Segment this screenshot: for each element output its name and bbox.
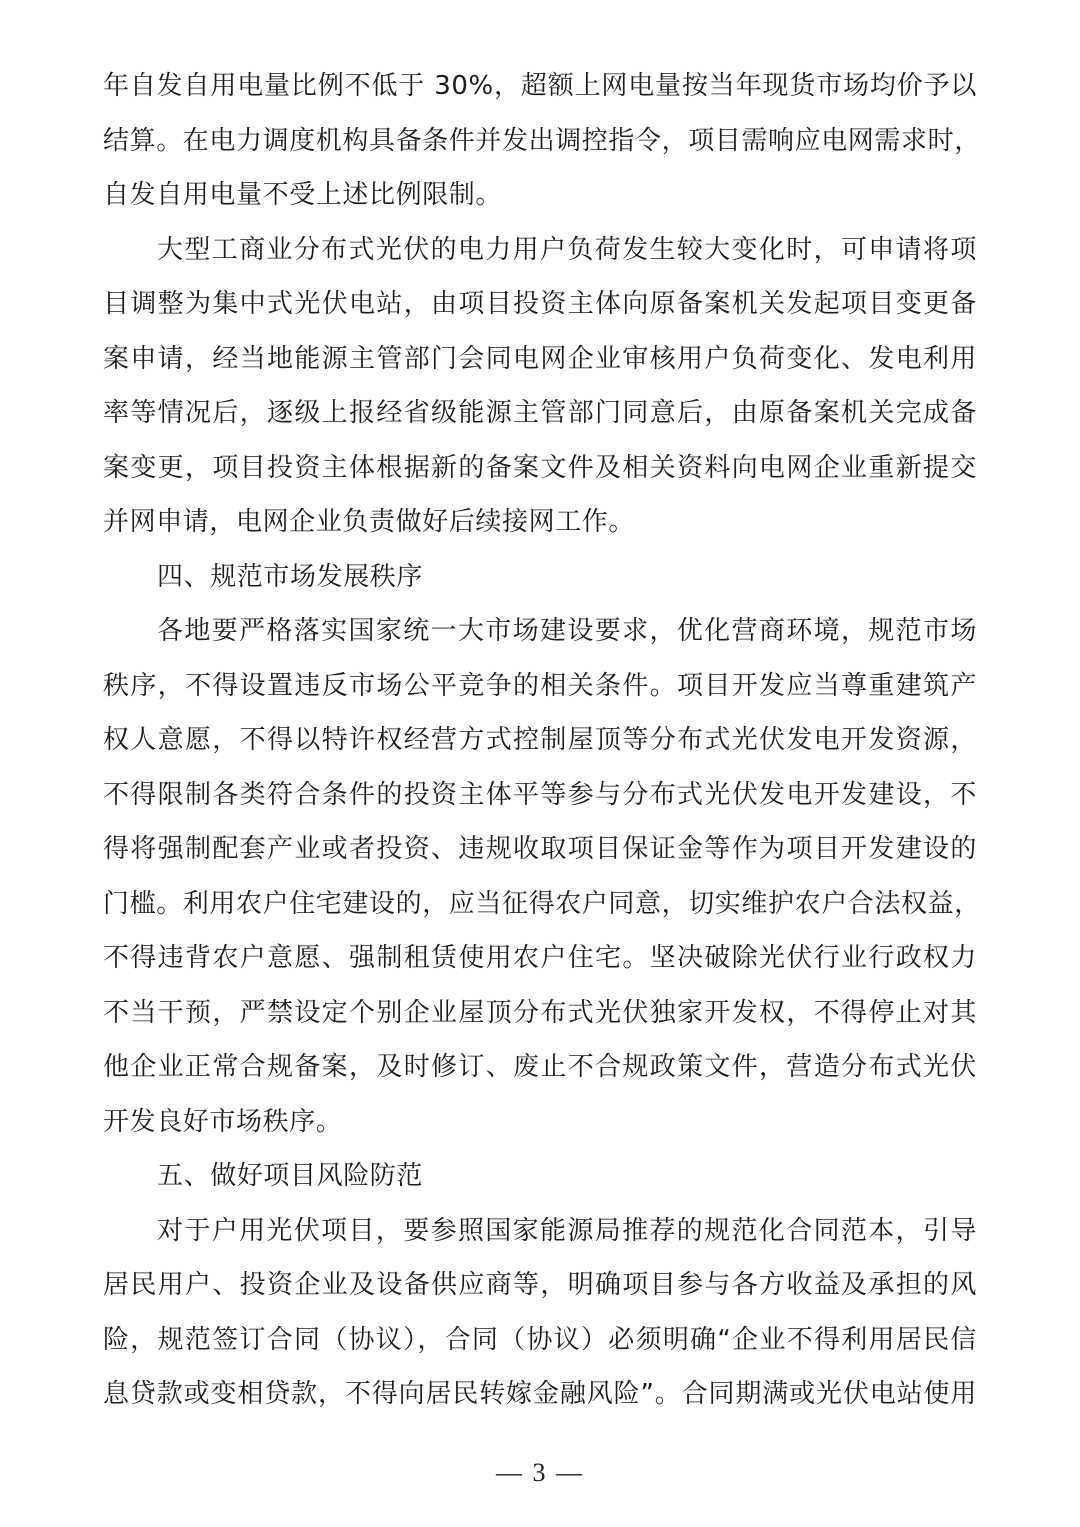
body-line: 不当干预，严禁设定个别企业屋顶分布式光伏独家开发权，不得停止对其 xyxy=(103,993,977,1033)
paragraph-first-line: 大型工商业分布式光伏的电力用户负荷发生较大变化时，可申请将项 xyxy=(157,230,977,270)
document-page: 年自发自用电量比例不低于 30%，超额上网电量按当年现货市场均价予以 结算。在电… xyxy=(0,0,1080,1527)
paragraph-first-line: 各地要严格落实国家统一大市场建设要求，优化营商环境，规范市场 xyxy=(157,611,977,651)
body-line: 息贷款或变相贷款，不得向居民转嫁金融风险”。合同期满或光伏电站使用 xyxy=(103,1374,977,1414)
body-line: 率等情况后，逐级上报经省级能源主管部门同意后，由原备案机关完成备 xyxy=(103,393,977,433)
body-line: 结算。在电力调度机构具备条件并发出调控指令，项目需响应电网需求时， xyxy=(103,121,977,161)
body-line: 他企业正常合规备案，及时修订、废止不合规政策文件，营造分布式光伏 xyxy=(103,1047,977,1087)
body-line: 开发良好市场秩序。 xyxy=(103,1102,977,1142)
body-line: 险，规范签订合同（协议），合同（协议）必须明确“企业不得利用居民信 xyxy=(103,1320,977,1360)
body-line: 自发自用电量不受上述比例限制。 xyxy=(103,175,977,215)
body-line: 并网申请，电网企业负责做好后续接网工作。 xyxy=(103,502,977,542)
page-number: — 3 — xyxy=(0,1458,1080,1488)
body-line: 年自发自用电量比例不低于 30%，超额上网电量按当年现货市场均价予以 xyxy=(103,66,977,106)
body-line: 秩序，不得设置违反市场公平竞争的相关条件。项目开发应当尊重建筑产 xyxy=(103,666,977,706)
paragraph-first-line: 对于户用光伏项目，要参照国家能源局推荐的规范化合同范本，引导 xyxy=(157,1211,977,1251)
body-line: 门槛。利用农户住宅建设的，应当征得农户同意，切实维护农户合法权益， xyxy=(103,884,977,924)
section-heading: 四、规范市场发展秩序 xyxy=(157,557,757,597)
body-line: 权人意愿，不得以特许权经营方式控制屋顶等分布式光伏发电开发资源， xyxy=(103,720,977,760)
body-line: 不得违背农户意愿、强制租赁使用农户住宅。坚决破除光伏行业行政权力 xyxy=(103,938,977,978)
body-line: 案变更，项目投资主体根据新的备案文件及相关资料向电网企业重新提交 xyxy=(103,448,977,488)
body-line: 目调整为集中式光伏电站，由项目投资主体向原备案机关发起项目变更备 xyxy=(103,284,977,324)
body-line: 案申请，经当地能源主管部门会同电网企业审核用户负荷变化、发电利用 xyxy=(103,339,977,379)
body-line: 居民用户、投资企业及设备供应商等，明确项目参与各方收益及承担的风 xyxy=(103,1265,977,1305)
body-line: 不得限制各类符合条件的投资主体平等参与分布式光伏发电开发建设，不 xyxy=(103,775,977,815)
body-line: 得将强制配套产业或者投资、违规收取项目保证金等作为项目开发建设的 xyxy=(103,829,977,869)
section-heading: 五、做好项目风险防范 xyxy=(157,1156,757,1196)
